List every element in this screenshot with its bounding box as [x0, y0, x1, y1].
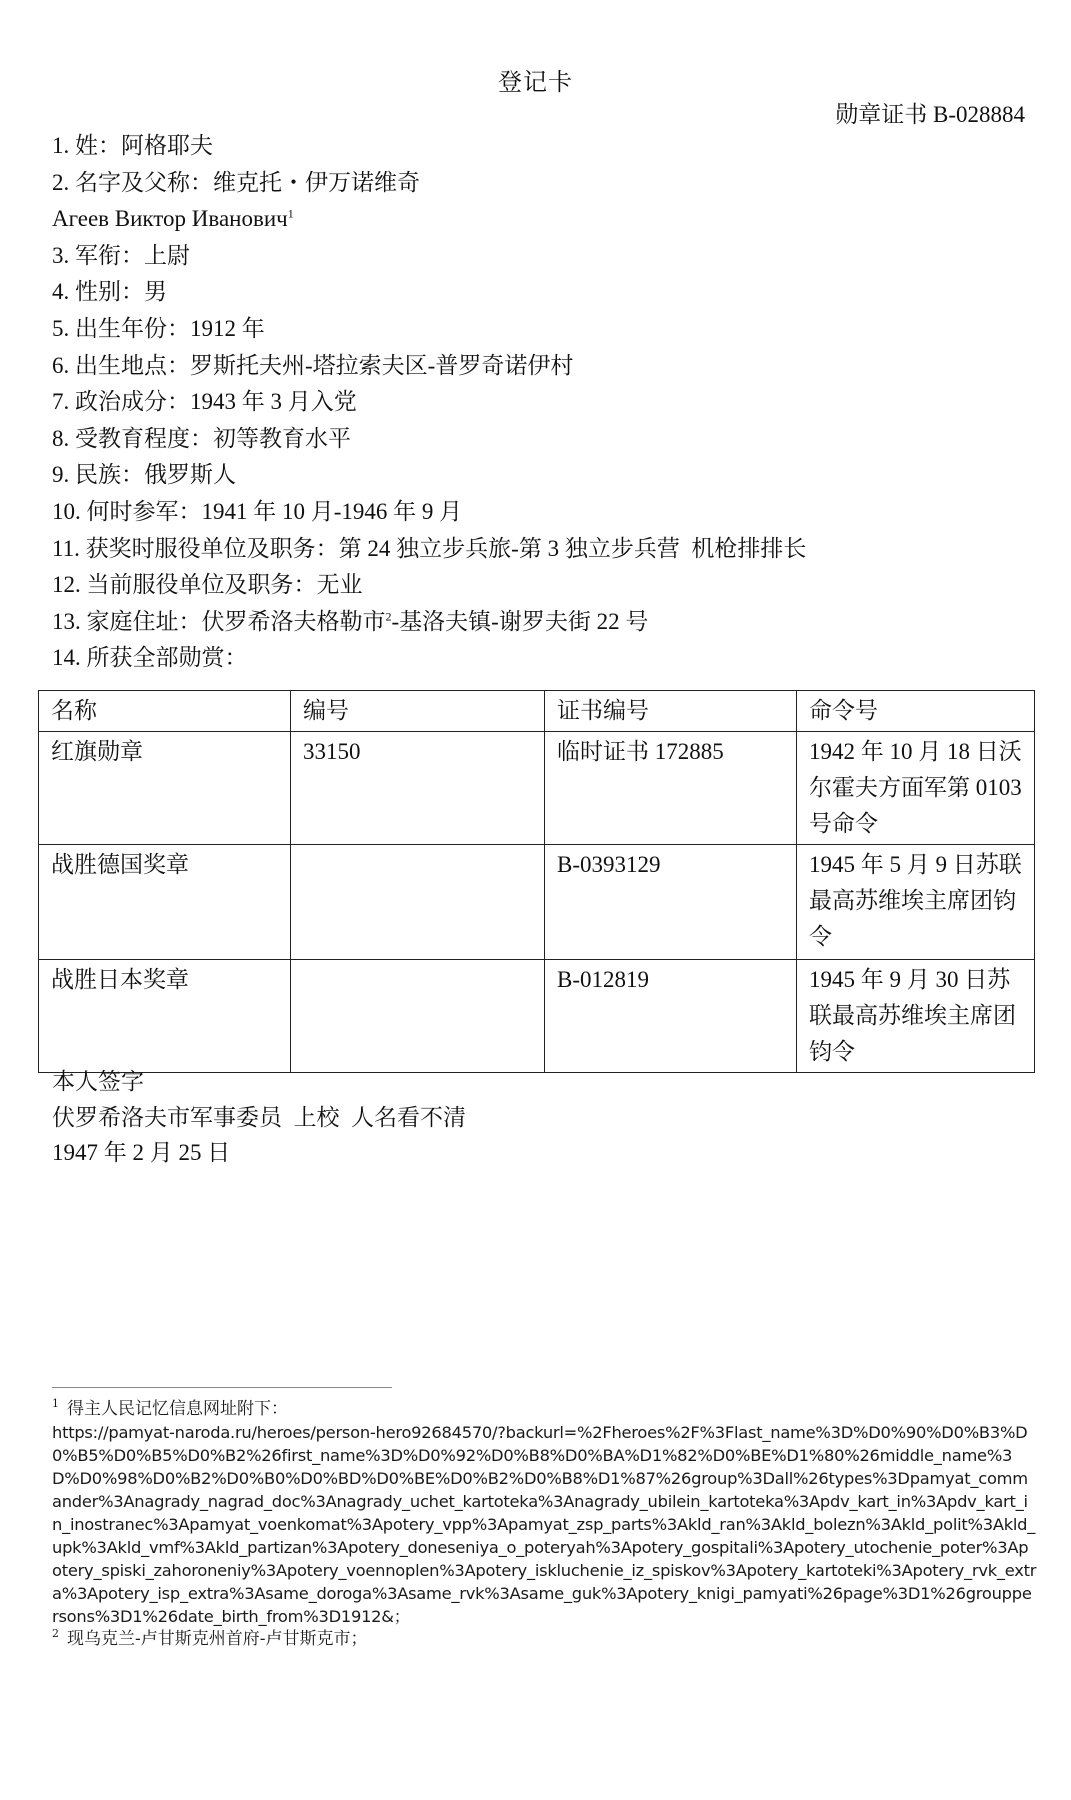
field-birthplace: 6. 出生地点：罗斯托夫州-塔拉索夫区-普罗奇诺伊村	[52, 348, 1031, 385]
footnote-ref-1[interactable]: 1	[288, 207, 294, 221]
field-label: 性别：	[75, 279, 144, 304]
field-russian-name: Агеев Виктор Иванович1	[52, 201, 1031, 238]
field-rank: 3. 军衔：上尉	[52, 238, 1031, 275]
table-row: 战胜德国奖章 B-0393129 1945 年 5 月 9 日苏联最高苏维埃主席…	[39, 845, 1035, 960]
signing-official: 伏罗希洛夫市军事委员 上校 人名看不清	[52, 1100, 466, 1136]
field-all-awards: 14. 所获全部勋赏：	[52, 640, 1031, 677]
document-title: 登记卡	[0, 62, 1071, 97]
footnote-2: 2现乌克兰-卢甘斯克州首府-卢甘斯克市；	[52, 1628, 1037, 1651]
field-number: 12.	[52, 572, 81, 597]
field-label: 民族：	[75, 462, 144, 487]
field-gender: 4. 性别：男	[52, 274, 1031, 311]
field-value: 伏罗希洛夫格勒市	[202, 609, 386, 634]
field-number: 9.	[52, 462, 69, 487]
field-label: 姓：	[75, 133, 121, 158]
column-header-number: 编号	[291, 691, 545, 732]
field-label: 受教育程度：	[75, 426, 213, 451]
field-number: 7.	[52, 389, 69, 414]
award-number	[291, 845, 545, 960]
field-unit-at-award: 11. 获奖时服役单位及职务：第 24 独立步兵旅-第 3 独立步兵营 机枪排排…	[52, 531, 1031, 568]
field-label: 何时参军：	[87, 499, 202, 524]
award-order: 1942 年 10 月 18 日沃尔霍夫方面军第 0103 号命令	[797, 732, 1035, 845]
footnote-divider	[52, 1387, 392, 1388]
column-header-certificate: 证书编号	[545, 691, 797, 732]
field-label: 获奖时服役单位及职务：	[86, 536, 339, 561]
award-name: 红旗勋章	[39, 732, 291, 845]
field-value: 维克托・伊万诺维奇	[213, 170, 420, 195]
field-party: 7. 政治成分：1943 年 3 月入党	[52, 384, 1031, 421]
award-certificate: B-0393129	[545, 845, 797, 960]
field-value: 俄罗斯人	[144, 462, 236, 487]
field-value: 1943 年 3 月入党	[190, 389, 357, 414]
field-value: 男	[144, 279, 167, 304]
award-certificate: 临时证书 172885	[545, 732, 797, 845]
field-value: 第 24 独立步兵旅-第 3 独立步兵营 机枪排排长	[339, 536, 807, 561]
footnote-1: 1得主人民记忆信息网址附下： https://pamyat-naroda.ru/…	[52, 1398, 1037, 1628]
award-certificate: B-012819	[545, 960, 797, 1073]
field-label: 出生年份：	[75, 316, 190, 341]
field-label: 出生地点：	[75, 353, 190, 378]
field-home-address: 13. 家庭住址：伏罗希洛夫格勒市2-基洛夫镇-谢罗夫街 22 号	[52, 604, 1031, 641]
field-value: Агеев Виктор Иванович	[52, 206, 288, 231]
certificate-number: 勋章证书 B-028884	[835, 96, 1025, 129]
field-number: 6.	[52, 353, 69, 378]
field-label: 家庭住址：	[87, 609, 202, 634]
award-order: 1945 年 5 月 9 日苏联最高苏维埃主席团钧令	[797, 845, 1035, 960]
field-value: 1912 年	[190, 316, 265, 341]
field-label: 所获全部勋赏：	[87, 645, 248, 670]
field-number: 14.	[52, 645, 81, 670]
signoff-block: 本人签字 伏罗希洛夫市军事委员 上校 人名看不清 1947 年 2 月 25 日	[52, 1064, 466, 1171]
field-number: 10.	[52, 499, 81, 524]
table-header-row: 名称 编号 证书编号 命令号	[39, 691, 1035, 732]
field-ethnicity: 9. 民族：俄罗斯人	[52, 457, 1031, 494]
personal-fields: 1. 姓：阿格耶夫 2. 名字及父称：维克托・伊万诺维奇 Агеев Викто…	[52, 128, 1031, 677]
column-header-name: 名称	[39, 691, 291, 732]
footnote-number: 1	[52, 1397, 59, 1410]
table-row: 红旗勋章 33150 临时证书 172885 1942 年 10 月 18 日沃…	[39, 732, 1035, 845]
field-education: 8. 受教育程度：初等教育水平	[52, 421, 1031, 458]
award-name: 战胜德国奖章	[39, 845, 291, 960]
field-birth-year: 5. 出生年份：1912 年	[52, 311, 1031, 348]
footnote-number: 2	[52, 1627, 59, 1640]
field-value: 罗斯托夫州-塔拉索夫区-普罗奇诺伊村	[190, 353, 573, 378]
field-value-continued: -基洛夫镇-谢罗夫街 22 号	[392, 609, 649, 634]
field-value: 1941 年 10 月-1946 年 9 月	[202, 499, 463, 524]
award-number: 33150	[291, 732, 545, 845]
table-row: 战胜日本奖章 B-012819 1945 年 9 月 30 日苏联最高苏维埃主席…	[39, 960, 1035, 1073]
field-number: 11.	[52, 536, 80, 561]
field-label: 军衔：	[75, 243, 144, 268]
award-order: 1945 年 9 月 30 日苏联最高苏维埃主席团钧令	[797, 960, 1035, 1073]
field-label: 名字及父称：	[75, 170, 213, 195]
field-number: 5.	[52, 316, 69, 341]
registration-card-page: 登记卡 勋章证书 B-028884 1. 姓：阿格耶夫 2. 名字及父称：维克托…	[0, 0, 1071, 1800]
field-number: 8.	[52, 426, 69, 451]
footnote-text: 现乌克兰-卢甘斯克州首府-卢甘斯克市；	[67, 1629, 368, 1649]
field-value: 上尉	[144, 243, 190, 268]
field-service-period: 10. 何时参军：1941 年 10 月-1946 年 9 月	[52, 494, 1031, 531]
field-current-unit: 12. 当前服役单位及职务：无业	[52, 567, 1031, 604]
field-number: 1.	[52, 133, 69, 158]
field-number: 13.	[52, 609, 81, 634]
award-name: 战胜日本奖章	[39, 960, 291, 1073]
field-number: 4.	[52, 279, 69, 304]
award-number	[291, 960, 545, 1073]
field-number: 3.	[52, 243, 69, 268]
field-label: 政治成分：	[75, 389, 190, 414]
field-value: 阿格耶夫	[121, 133, 213, 158]
field-number: 2.	[52, 170, 69, 195]
footnote-text: 得主人民记忆信息网址附下：	[67, 1399, 288, 1419]
signoff-date: 1947 年 2 月 25 日	[52, 1135, 466, 1171]
field-value: 无业	[317, 572, 363, 597]
field-surname: 1. 姓：阿格耶夫	[52, 128, 1031, 165]
column-header-order: 命令号	[797, 691, 1035, 732]
footnote-url-link[interactable]: https://pamyat-naroda.ru/heroes/person-h…	[52, 1421, 1037, 1628]
footnotes: 1得主人民记忆信息网址附下： https://pamyat-naroda.ru/…	[52, 1398, 1037, 1651]
awards-table: 名称 编号 证书编号 命令号 红旗勋章 33150 临时证书 172885 19…	[38, 690, 1035, 1073]
field-value: 初等教育水平	[213, 426, 351, 451]
field-name-patronymic: 2. 名字及父称：维克托・伊万诺维奇	[52, 165, 1031, 202]
field-label: 当前服役单位及职务：	[87, 572, 317, 597]
signature-label: 本人签字	[52, 1064, 466, 1100]
